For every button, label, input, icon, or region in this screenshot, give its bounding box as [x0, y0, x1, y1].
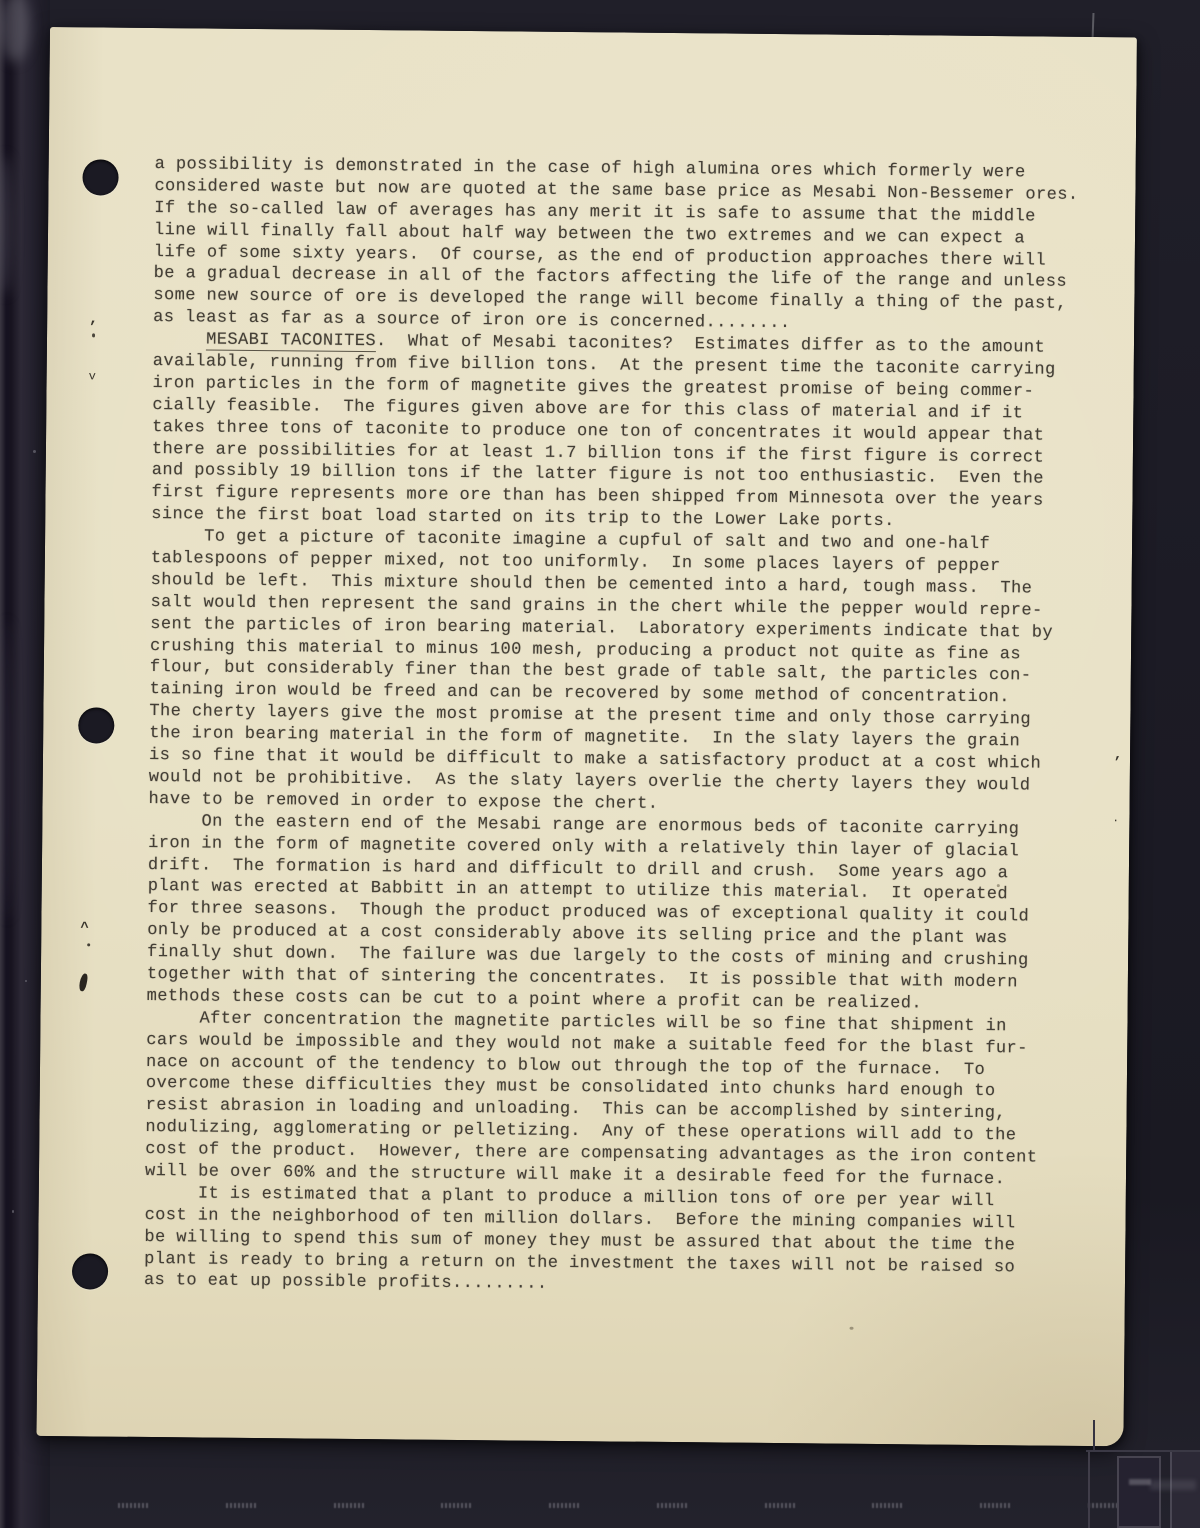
ghost-text [872, 1503, 902, 1508]
binder-hardware-label [1129, 1479, 1151, 1485]
paragraph: It is estimated that a plant to produce … [144, 1183, 1095, 1302]
document-text: a possibility is demonstrated in the cas… [144, 154, 1105, 1301]
ink-mark: ’ [1113, 755, 1122, 771]
ghost-text [226, 1503, 256, 1508]
ghost-text [118, 1503, 148, 1508]
ink-mark [78, 973, 88, 992]
ghost-text [441, 1503, 471, 1508]
ghost-text [549, 1503, 579, 1508]
ink-mark: v [89, 369, 96, 383]
spine-highlight [0, 0, 30, 62]
dust-speck [12, 1210, 14, 1213]
binder-hardware [1088, 1452, 1090, 1528]
punch-hole [72, 1253, 108, 1289]
underlined-heading: MESABI TACONITES [206, 331, 376, 353]
scanned-document-screenshot: { "colors": { "paper": "#e8e1c5", "backg… [0, 0, 1200, 1528]
binder-hardware [1170, 1452, 1200, 1528]
ghost-text [657, 1503, 687, 1508]
paragraph: After concentration the magnetite partic… [145, 1008, 1097, 1192]
binder-hardware [1093, 1420, 1095, 1450]
punch-hole [78, 707, 114, 743]
ghost-text [980, 1503, 1010, 1508]
dust-speck [25, 980, 27, 982]
paper-speck [850, 1327, 854, 1330]
ghost-text [334, 1503, 364, 1508]
ink-mark: . [1112, 813, 1119, 825]
spine-highlight [0, 155, 12, 295]
paragraph: MESABI TACONITES. What of Mesabi taconit… [151, 329, 1103, 535]
punch-hole [82, 159, 118, 195]
ghost-text [765, 1503, 795, 1508]
ghost-text-row [118, 1503, 1118, 1509]
ghost-text [1088, 1503, 1118, 1508]
document-page: a possibility is demonstrated in the cas… [36, 27, 1136, 1446]
dust-speck [33, 450, 36, 453]
binder-hardware-gleam [1150, 1480, 1196, 1490]
spine-highlight [2, 620, 12, 920]
paragraph: To get a picture of taconite imagine a c… [148, 526, 1101, 820]
binder-hardware [1117, 1456, 1161, 1528]
ink-mark: ^ [80, 920, 89, 936]
paper-speck [997, 884, 1000, 887]
paragraph: On the eastern end of the Mesabi range a… [147, 811, 1099, 1017]
paragraph: a possibility is demonstrated in the cas… [153, 154, 1105, 338]
ink-mark [92, 333, 95, 337]
ink-mark [87, 943, 90, 946]
